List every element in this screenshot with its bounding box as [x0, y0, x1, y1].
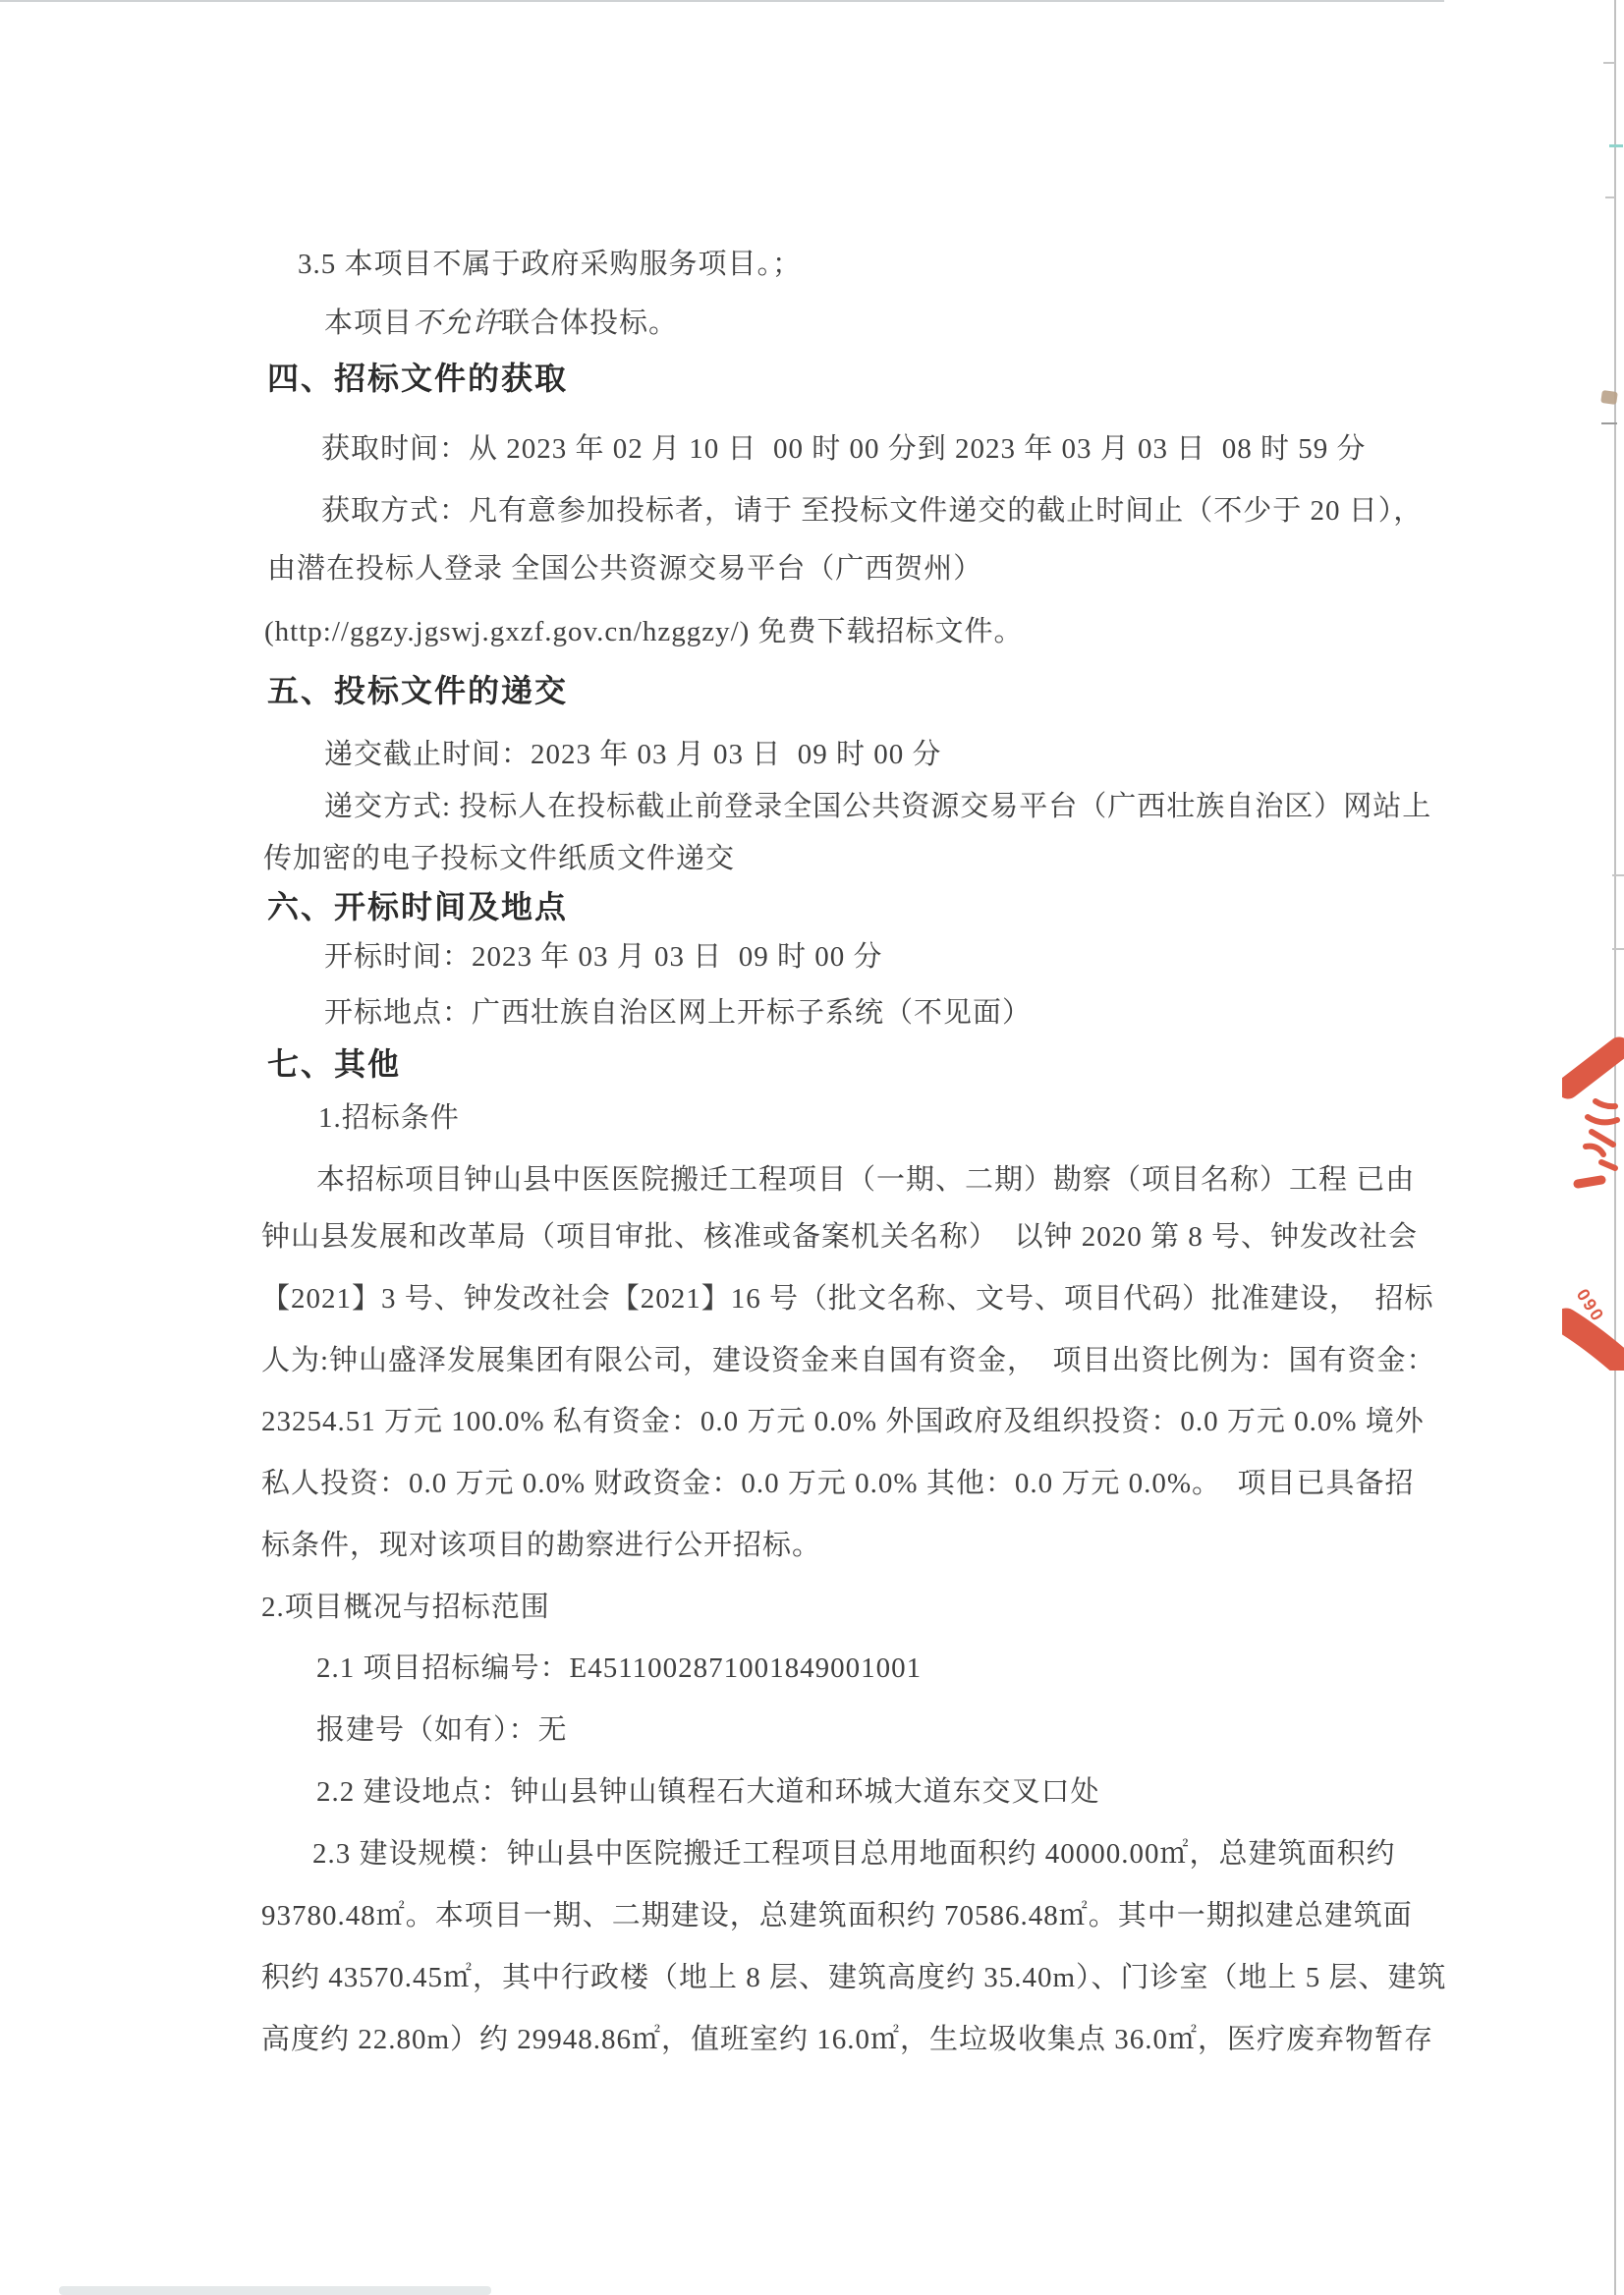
text-line: 标条件，现对该项目的勘察进行公开招标。: [261, 1530, 821, 1561]
section-heading: 五、投标文件的递交: [267, 674, 568, 709]
text-line: 2.2 建设地点：钟山县钟山镇程石大道和环城大道东交叉口处: [316, 1776, 1100, 1808]
text-line: 高度约 22.80m）约 29948.86㎡，值班室约 16.0㎡，生垃圾收集点…: [261, 2024, 1433, 2055]
text-line: 递交方式: 投标人在投标截止前登录全国公共资源交易平台（广西壮族自治区）网站上: [324, 791, 1431, 822]
scan-artifact-tick: [1612, 948, 1624, 950]
text-line: (http://ggzy.jgswj.gxzf.gov.cn/hzggzy/) …: [264, 616, 1024, 647]
text-run: 本项目: [324, 308, 413, 339]
text-line: 由潜在投标人登录 全国公共资源交易平台（广西贺州）: [267, 553, 982, 585]
text-line: 传加密的电子投标文件纸质文件递交: [263, 843, 735, 874]
text-line: 2.1 项目招标编号：E4511002871001849001001: [316, 1652, 922, 1684]
text-line: 3.5 本项目不属于政府采购服务项目。；: [298, 249, 802, 280]
scan-artifact-tick: [1609, 144, 1623, 147]
text-line: 获取方式：凡有意参加投标者，请于 至投标文件递交的截止时间止（不少于 20 日）…: [321, 495, 1423, 527]
scan-artifact-blob: [1600, 390, 1618, 405]
text-line: 人为:钟山盛泽发展集团有限公司，建设资金来自国有资金， 项目出资比例为：国有资金…: [261, 1345, 1436, 1376]
text-line: 93780.48㎡。本项目一期、二期建设，总建筑面积约 70586.48㎡。其中…: [261, 1900, 1413, 1931]
stamp-arc-band: [1566, 1321, 1621, 1363]
section-heading: 四、招标文件的获取: [267, 362, 568, 397]
scan-artifact-tick: [1603, 62, 1615, 64]
text-run: 联合体投标。: [501, 308, 678, 339]
red-seal-stamp-fragment: 090: [1562, 1036, 1624, 1371]
text-line: 1.招标条件: [318, 1102, 460, 1134]
scan-bottom-smudge: [59, 2286, 491, 2295]
text-line: 开标时间：2023 年 03 月 03 日 09 时 00 分: [324, 941, 883, 973]
scan-top-edge-line: [0, 0, 1444, 2]
text-run-italic: 不允许: [413, 308, 501, 339]
text-line: 钟山县发展和改革局（项目审批、核准或备案机关名称） 以钟 2020 第 8 号、…: [261, 1221, 1418, 1253]
text-line: 私人投资：0.0 万元 0.0% 财政资金：0.0 万元 0.0% 其他：0.0…: [261, 1468, 1414, 1499]
section-heading: 七、其他: [267, 1047, 401, 1083]
text-line: 递交截止时间：2023 年 03 月 03 日 09 时 00 分: [324, 739, 942, 770]
stamp-character-strokes: [1578, 1101, 1617, 1184]
text-line: 本招标项目钟山县中医医院搬迁工程项目（一期、二期）勘察（项目名称）工程 已由: [316, 1164, 1415, 1196]
text-line: 2.3 建设规模：钟山县中医院搬迁工程项目总用地面积约 40000.00㎡，总建…: [312, 1838, 1396, 1870]
section-heading: 六、开标时间及地点: [267, 890, 568, 925]
scan-artifact-tick: [1612, 874, 1624, 876]
text-line: 23254.51 万元 100.0% 私有资金：0.0 万元 0.0% 外国政府…: [261, 1406, 1425, 1437]
text-line: 报建号（如有）：无: [316, 1714, 568, 1746]
text-line: 开标地点：广西壮族自治区网上开标子系统（不见面）: [324, 997, 1032, 1029]
text-line: 【2021】3 号、钟发改社会【2021】16 号（批文名称、文号、项目代码）批…: [261, 1283, 1434, 1315]
stamp-top-bar: [1568, 1048, 1619, 1088]
text-line: 积约 43570.45㎡，其中行政楼（地上 8 层、建筑高度约 35.40m）、…: [261, 1962, 1447, 1993]
text-line: 获取时间：从 2023 年 02 月 10 日 00 时 00 分到 2023 …: [321, 433, 1367, 465]
text-line: 本项目不允许联合体投标。: [324, 308, 678, 339]
scan-artifact-tick: [1605, 196, 1615, 198]
scanned-document-page: 3.5 本项目不属于政府采购服务项目。；本项目不允许联合体投标。四、招标文件的获…: [0, 0, 1624, 2295]
scan-artifact-tick: [1601, 422, 1617, 424]
text-line: 2.项目概况与招标范围: [261, 1592, 550, 1623]
